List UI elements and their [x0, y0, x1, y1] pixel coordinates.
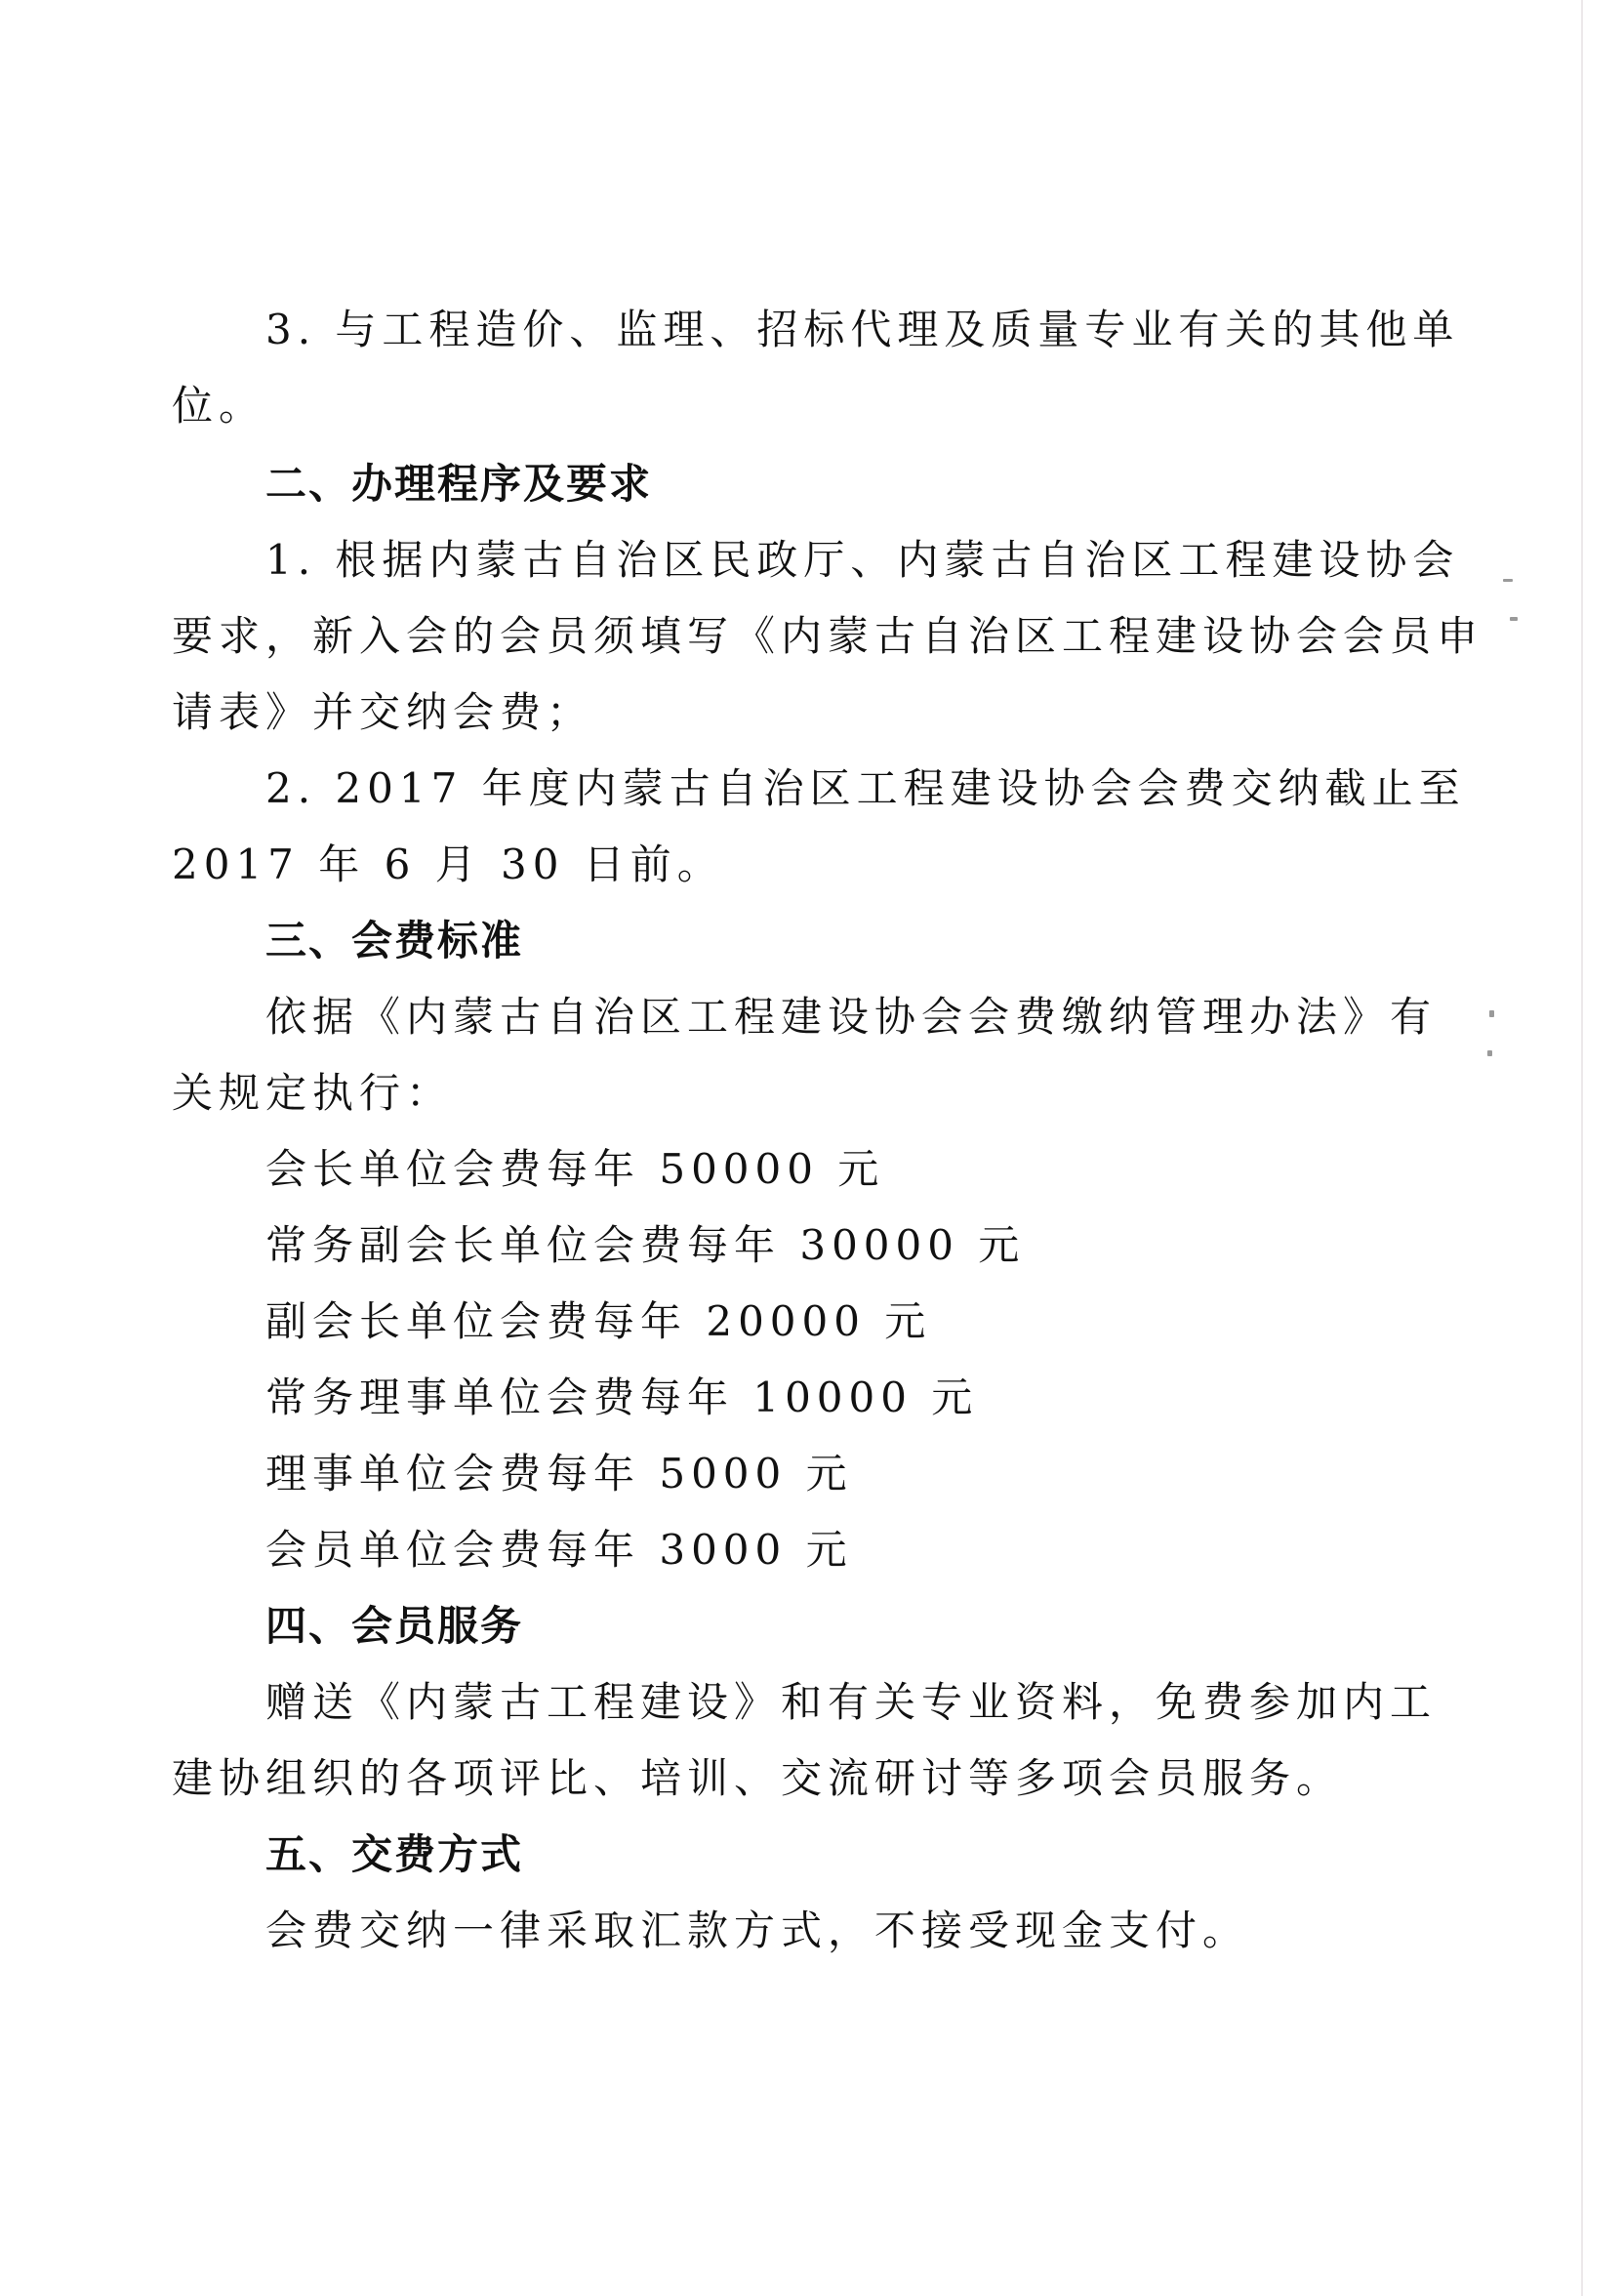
paragraph-member-services-line-1: 赠送《内蒙古工程建设》和有关专业资料，免费参加内工 [265, 1677, 1382, 1728]
paragraph-fee-intro-line-1: 依据《内蒙古自治区工程建设协会会费缴纳管理办法》有 [265, 992, 1382, 1043]
fee-item-executive-director: 常务理事单位会费每年 10000 元 [265, 1373, 978, 1423]
section-heading-fee-standard: 三、会费标准 [265, 916, 523, 966]
paragraph-procedure-item-2-line-1: 2. 2017 年度内蒙古自治区工程建设协会会费交纳截止至 [265, 763, 1382, 814]
paragraph-item-3-line-2: 位。 [172, 381, 265, 431]
scan-speck [1510, 617, 1518, 621]
paragraph-procedure-item-1-line-2: 要求，新入会的会员须填写《内蒙古自治区工程建设协会会员申 [172, 611, 1382, 662]
fee-item-president: 会长单位会费每年 50000 元 [265, 1144, 884, 1195]
fee-item-executive-vice-president: 常务副会长单位会费每年 30000 元 [265, 1220, 1025, 1271]
paragraph-fee-intro-line-2: 关规定执行： [172, 1068, 453, 1119]
paragraph-procedure-item-1-line-1: 1. 根据内蒙古自治区民政厅、内蒙古自治区工程建设协会 [265, 535, 1382, 586]
paragraph-procedure-item-1-line-3: 请表》并交纳会费； [172, 687, 593, 738]
scan-speck [1487, 1050, 1492, 1056]
paragraph-payment-method: 会费交纳一律采取汇款方式，不接受现金支付。 [265, 1906, 1249, 1956]
paragraph-member-services-line-2: 建协组织的各项评比、培训、交流研讨等多项会员服务。 [172, 1753, 1343, 1804]
scan-speck [1489, 1010, 1494, 1017]
section-heading-payment-method: 五、交费方式 [265, 1829, 523, 1880]
fee-item-director: 理事单位会费每年 5000 元 [265, 1449, 853, 1499]
paragraph-item-3-line-1: 3. 与工程造价、监理、招标代理及质量专业有关的其他单 [265, 305, 1382, 355]
scan-speck [1503, 579, 1513, 582]
paragraph-procedure-item-2-line-2: 2017 年 6 月 30 日前。 [172, 840, 724, 890]
section-heading-member-services: 四、会员服务 [265, 1601, 523, 1652]
fee-item-vice-president: 副会长单位会费每年 20000 元 [265, 1296, 931, 1347]
section-heading-procedure: 二、办理程序及要求 [265, 459, 652, 510]
fee-item-member: 会员单位会费每年 3000 元 [265, 1525, 853, 1576]
page-edge [1581, 0, 1583, 2296]
